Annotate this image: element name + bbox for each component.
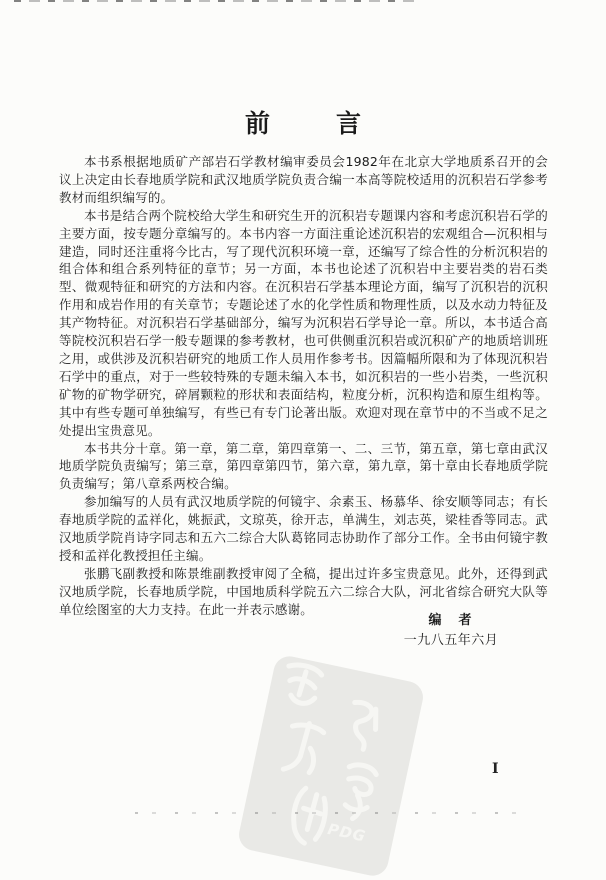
paragraph-4: 参加编写的人员有武汉地质学院的何镜宇、余素玉、杨慕华、徐安顺等同志；有长春地质学… (59, 493, 548, 565)
scan-artifact-line (135, 812, 533, 814)
author-label: 编 者 (380, 611, 522, 631)
page-title: 前言 (245, 104, 427, 140)
seal-glyph-icon (280, 781, 338, 853)
seal-glyph-icon (276, 713, 332, 783)
paragraph-2: 本书是结合两个院校给大学生和研究生开的沉积岩专题课内容和考虑沉积岩石学的主要方面… (59, 207, 548, 440)
book-page: 前言 本书系根据地质矿产部岩石学教材编审委员会1982年在北京大学地质系召开的会… (0, 0, 606, 880)
scan-artifact-top (14, 0, 422, 2)
watermark-stamp: PDG (236, 653, 426, 878)
page-number: I (492, 761, 499, 777)
seal-glyph-icon (336, 695, 387, 758)
signature-date: 一九八五年六月 (380, 631, 522, 651)
seal-glyph-icon (274, 657, 332, 718)
paragraph-1: 本书系根据地质矿产部岩石学教材编审委员会1982年在北京大学地质系召开的会议上决… (59, 153, 548, 207)
signature-block: 编 者 一九八五年六月 (380, 611, 522, 650)
paragraph-3: 本书共分十章。第一章，第二章，第四章第一、二、三节，第五章，第七章由武汉地质学院… (59, 440, 548, 494)
seal-glyph-icon (330, 757, 386, 827)
preface-body: 本书系根据地质矿产部岩石学教材编审委员会1982年在北京大学地质系召开的会议上决… (59, 153, 548, 619)
title-row: 前言 (0, 104, 606, 140)
